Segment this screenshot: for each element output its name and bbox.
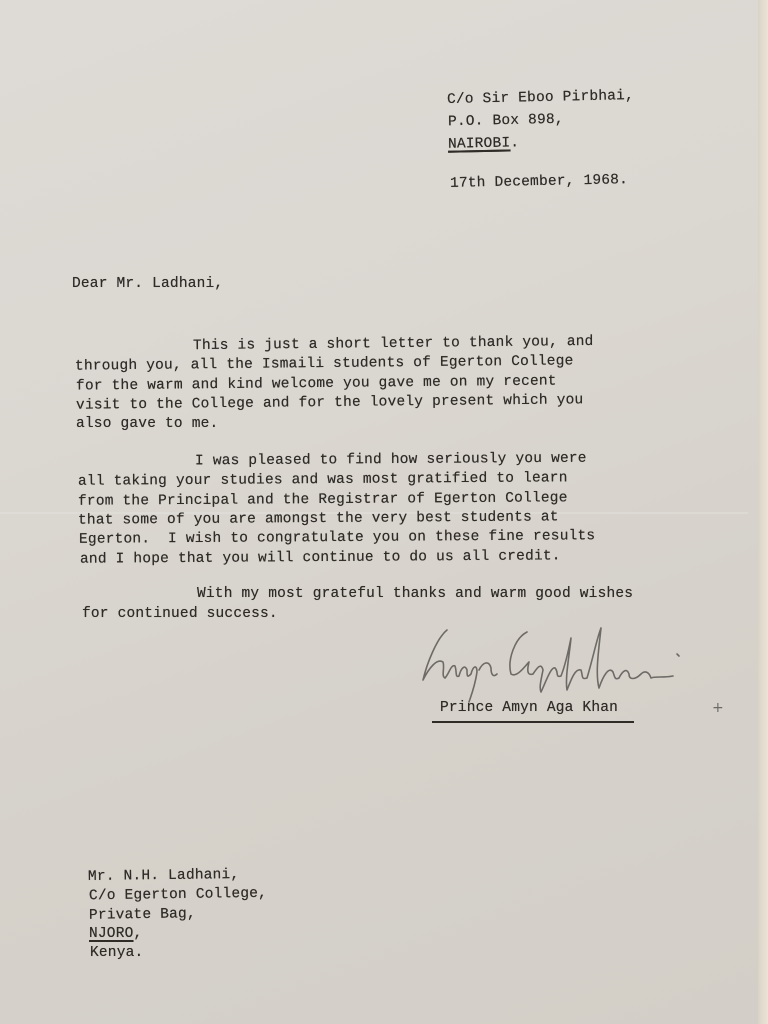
letter-date: 17th December, 1968. [450, 170, 628, 194]
letter-paper: C/o Sir Eboo Pirbhai, P.O. Box 898, NAIR… [0, 0, 758, 1024]
signatory-underline [432, 721, 634, 723]
paragraph-2-line: and I hope that you will continue to do … [80, 546, 561, 569]
paper-edge [758, 0, 768, 1024]
sender-address-line2: P.O. Box 898, [448, 110, 564, 132]
pencil-mark: + [712, 700, 724, 716]
paragraph-1-line: also gave to me. [76, 414, 218, 434]
recipient-town-name: NJORO [89, 926, 134, 942]
sender-address-line1: C/o Sir Eboo Pirbhai, [447, 86, 634, 110]
sender-city-name: NAIROBI [448, 135, 511, 152]
paragraph-3-line: for continued success. [82, 604, 278, 624]
recipient-country: Kenya. [90, 943, 143, 963]
paragraph-3-line: With my most grateful thanks and warm go… [197, 584, 633, 604]
salutation: Dear Mr. Ladhani, [72, 274, 223, 294]
recipient-address-town: NJORO, [89, 924, 142, 944]
signatory-name: Prince Amyn Aga Khan [440, 698, 618, 718]
paragraph-1-line: visit to the College and for the lovely … [76, 390, 584, 415]
recipient-address-line3: Private Bag, [89, 904, 196, 925]
recipient-address-line2: C/o Egerton College, [89, 884, 267, 906]
sender-address-city: NAIROBI. [448, 133, 520, 154]
handwritten-signature [415, 618, 755, 703]
